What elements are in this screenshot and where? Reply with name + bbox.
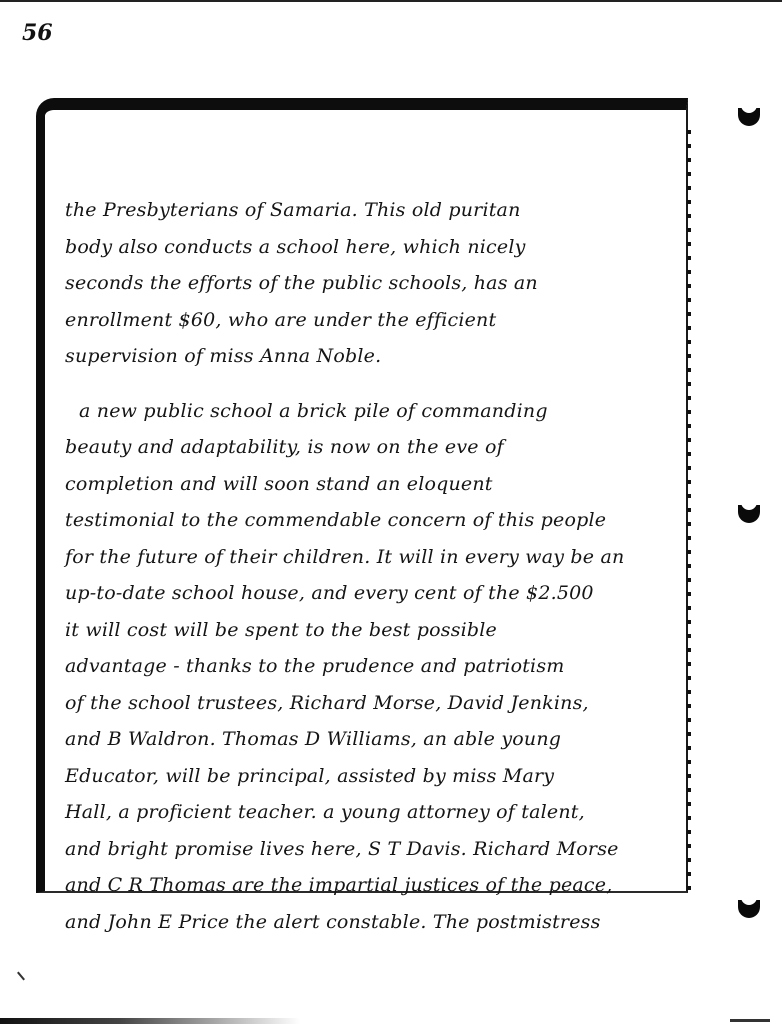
binder-hole-icon [738, 108, 760, 126]
paragraph-2: a new public school a brick pile of comm… [65, 393, 690, 941]
text-line: of the school trustees, Richard Morse, D… [65, 685, 690, 722]
text-line: Hall, a proficient teacher. a young atto… [65, 794, 690, 831]
text-line: and C R Thomas are the impartial justice… [65, 867, 690, 904]
text-line: completion and will soon stand an eloque… [65, 466, 690, 503]
text-line: and John E Price the alert constable. Th… [65, 904, 690, 941]
text-line: testimonial to the commendable concern o… [65, 502, 690, 539]
handwritten-text: the Presbyterians of Samaria. This old p… [65, 192, 690, 940]
text-line: enrollment $60, who are under the effici… [65, 302, 690, 339]
text-line: advantage - thanks to the prudence and p… [65, 648, 690, 685]
scan-bottom-edge [730, 1019, 770, 1022]
text-line: for the future of their children. It wil… [65, 539, 690, 576]
text-line: up-to-date school house, and every cent … [65, 575, 690, 612]
text-line: beauty and adaptability, is now on the e… [65, 429, 690, 466]
scan-bottom-edge [0, 1018, 300, 1024]
scan-artifact [17, 972, 25, 981]
text-line: and bright promise lives here, S T Davis… [65, 831, 690, 868]
text-line: supervision of miss Anna Noble. [65, 338, 690, 375]
text-line: Educator, will be principal, assisted by… [65, 758, 690, 795]
paragraph-1: the Presbyterians of Samaria. This old p… [65, 192, 690, 375]
binder-hole-icon [738, 505, 760, 523]
text-line: body also conducts a school here, which … [65, 229, 690, 266]
page-number: 56 [22, 20, 53, 46]
text-line: seconds the efforts of the public school… [65, 265, 690, 302]
scan-top-edge [0, 0, 782, 2]
text-line: it will cost will be spent to the best p… [65, 612, 690, 649]
text-line: the Presbyterians of Samaria. This old p… [65, 192, 690, 229]
text-line: and B Waldron. Thomas D Williams, an abl… [65, 721, 690, 758]
binder-hole-icon [738, 900, 760, 918]
handwritten-card: the Presbyterians of Samaria. This old p… [36, 98, 688, 893]
text-line: a new public school a brick pile of comm… [65, 393, 690, 430]
